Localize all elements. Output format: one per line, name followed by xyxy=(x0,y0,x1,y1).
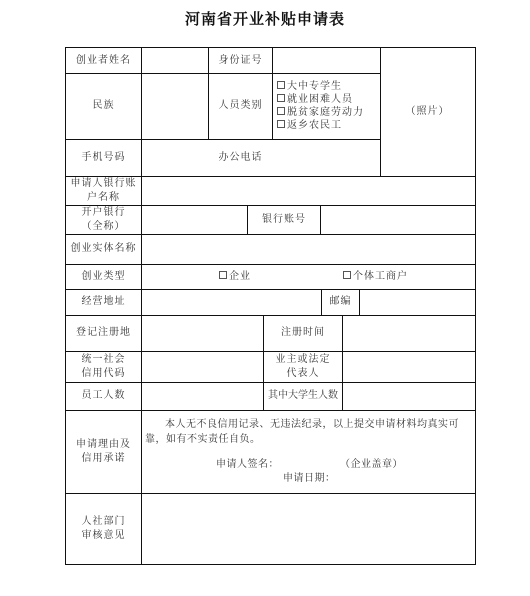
label-office-phone: 办公电话 xyxy=(208,139,273,176)
label-registration-place: 登记注册地 xyxy=(65,315,142,351)
label-address: 经营地址 xyxy=(65,289,142,315)
label-credit-code: 统一社会 信用代码 xyxy=(65,351,142,382)
form-title: 河南省开业补贴申请表 xyxy=(0,8,530,29)
label-ethnicity: 民族 xyxy=(65,73,142,139)
label-registration-time: 注册时间 xyxy=(264,315,342,351)
registration-place-field[interactable] xyxy=(142,315,263,351)
option-hard-to-employ[interactable]: 就业困难人员 xyxy=(277,93,364,106)
label-legal-representative: 业主或法定 代表人 xyxy=(264,351,342,382)
label-bank-account-name: 申请人银行账 户名称 xyxy=(65,176,142,205)
label-bank-name: 开户银行 （全称） xyxy=(65,205,142,234)
option-poverty-labor[interactable]: 脱贫家庭劳动力 xyxy=(277,106,364,119)
legal-representative-field[interactable] xyxy=(343,351,475,382)
label-bank-account-no: 银行账号 xyxy=(248,205,320,234)
date-label: 申请日期： xyxy=(283,471,336,486)
label-postcode: 邮编 xyxy=(322,289,359,315)
address-field[interactable] xyxy=(142,289,321,315)
checkbox-icon[interactable] xyxy=(343,271,351,279)
employees-field[interactable] xyxy=(142,382,263,410)
label-review: 人社部门 审核意见 xyxy=(65,493,142,564)
table-border-right xyxy=(475,47,476,565)
option-enterprise[interactable]: 企业 xyxy=(219,270,251,283)
review-field[interactable] xyxy=(142,493,475,564)
bank-name-field[interactable] xyxy=(142,205,248,234)
postcode-field[interactable] xyxy=(360,289,475,315)
option-returning-worker[interactable]: 返乡农民工 xyxy=(277,119,364,132)
label-founder-name: 创业者姓名 xyxy=(65,47,142,74)
option-individual-business[interactable]: 个体工商户 xyxy=(343,270,408,283)
checkbox-icon[interactable] xyxy=(277,81,285,89)
label-person-category: 人员类别 xyxy=(208,73,273,139)
label-reason-pledge: 申请理由及 信用承诺 xyxy=(65,410,142,493)
checkbox-icon[interactable] xyxy=(277,120,285,128)
pledge-text: 本人无不良信用记录、无违法纪录，以上提交申请材料均真实可 靠，如有不实责任自负。 xyxy=(145,417,473,447)
founder-name-field[interactable] xyxy=(142,47,208,74)
office-phone-field[interactable] xyxy=(273,139,380,176)
checkbox-icon[interactable] xyxy=(277,94,285,102)
graduate-employees-field[interactable] xyxy=(343,382,475,410)
registration-time-field[interactable] xyxy=(343,315,475,351)
label-mobile: 手机号码 xyxy=(65,139,142,176)
person-category-options: 大中专学生 就业困难人员 脱贫家庭劳动力 返乡农民工 xyxy=(277,80,364,132)
label-entity-name: 创业实体名称 xyxy=(65,234,142,264)
seal-label: （企业盖章） xyxy=(340,457,403,472)
signature-label: 申请人签名： xyxy=(216,457,279,472)
credit-code-field[interactable] xyxy=(142,351,263,382)
photo-box: （照片） xyxy=(380,47,475,177)
entity-name-field[interactable] xyxy=(142,234,475,264)
label-business-type: 创业类型 xyxy=(65,264,142,289)
option-student[interactable]: 大中专学生 xyxy=(277,80,364,93)
id-number-field[interactable] xyxy=(273,47,380,74)
checkbox-icon[interactable] xyxy=(219,271,227,279)
table-border-bottom xyxy=(65,564,476,565)
label-id-number: 身份证号 xyxy=(208,47,273,74)
mobile-field[interactable] xyxy=(142,139,208,176)
ethnicity-field[interactable] xyxy=(142,73,208,139)
bank-account-name-field[interactable] xyxy=(142,176,475,205)
checkbox-icon[interactable] xyxy=(277,107,285,115)
label-employees: 员工人数 xyxy=(65,382,142,410)
label-graduate-employees: 其中大学生人数 xyxy=(264,382,342,410)
bank-account-no-field[interactable] xyxy=(321,205,475,234)
